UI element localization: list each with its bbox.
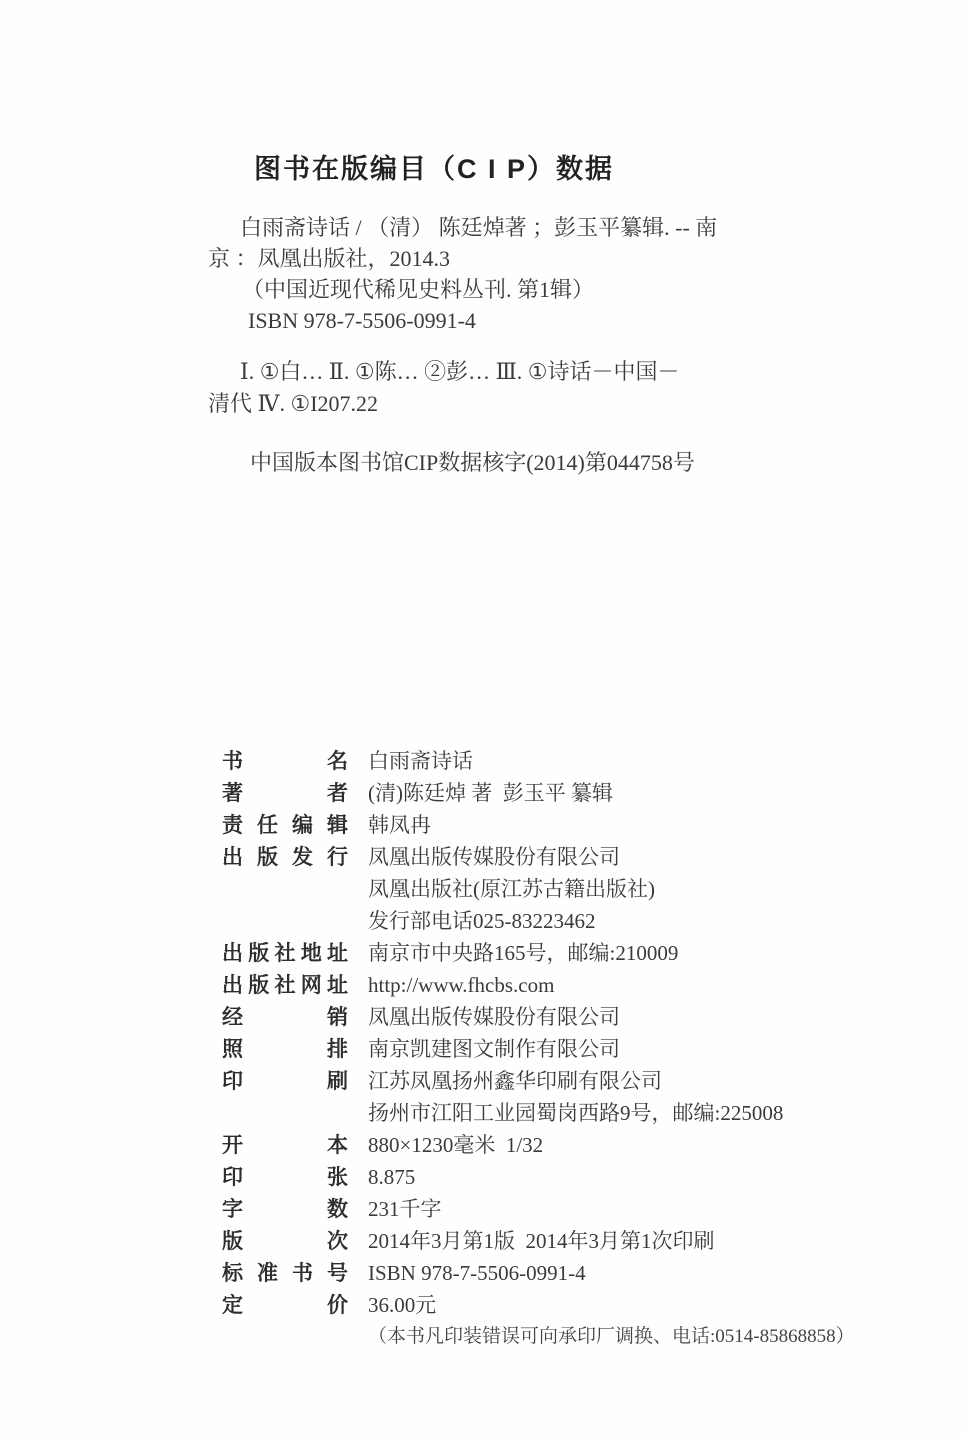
colophon-row-sales-phone: 发行部电话025-83223462 (222, 905, 855, 937)
colophon-label: 出版社网址 (222, 970, 348, 1002)
colophon-value: ISBN 978-7-5506-0991-4 (368, 1257, 586, 1289)
colophon-value: 扬州市江阳工业园蜀岗西路9号，邮编:225008 (368, 1097, 783, 1129)
colophon-value: 2014年3月第1版 2014年3月第1次印刷 (368, 1225, 715, 1257)
colophon-row-address: 出版社地址 南京市中央路165号，邮编:210009 (222, 937, 855, 969)
colophon-value: 白雨斋诗话 (368, 745, 473, 777)
colophon-value: 231千字 (368, 1193, 442, 1225)
colophon-row-reprint-note: （本书凡印装错误可向承印厂调换、电话:0514-85868858） (222, 1321, 855, 1355)
colophon-label: 版次 (222, 1226, 348, 1258)
cip-line: 京 ：凤凰出版社，2014.3 (208, 243, 717, 274)
colophon-row-distributor: 经销 凤凰出版传媒股份有限公司 (222, 1001, 855, 1033)
colophon-table: 书名 白雨斋诗话 著者 (清)陈廷焯 著 彭玉平 纂辑 责任编辑 韩凤冉 出版发… (222, 745, 855, 1355)
colophon-label: 印刷 (222, 1066, 348, 1098)
colophon-value: 南京凯建图文制作有限公司 (368, 1033, 620, 1065)
colophon-row-book-title: 书名 白雨斋诗话 (222, 745, 855, 777)
colophon-value: 韩凤冉 (368, 809, 431, 841)
colophon-label: 书名 (222, 746, 348, 778)
cip-line: （中国近现代稀见史料丛刊. 第1辑） (242, 274, 717, 305)
colophon-label: 定价 (222, 1290, 348, 1322)
cip-description-block: 白雨斋诗话 / （清） 陈廷焯著 ；彭玉平纂辑. -- 南 京 ：凤凰出版社，2… (208, 212, 717, 336)
cip-heading: 图书在版编目（C I P）数据 (254, 147, 614, 186)
cip-classification-line: 清代 Ⅳ. ①I207.22 (208, 388, 680, 420)
cip-record-number: 中国版本图书馆CIP数据核字(2014)第044758号 (250, 446, 695, 477)
cip-isbn-line: ISBN 978-7-5506-0991-4 (248, 305, 717, 336)
colophon-row-publisher: 出版发行 凤凰出版传媒股份有限公司 (222, 841, 855, 873)
colophon-label: 开本 (222, 1130, 348, 1162)
colophon-label: 责任编辑 (222, 810, 348, 842)
colophon-label: 出版社地址 (222, 938, 348, 970)
colophon-row-price: 定价 36.00元 (222, 1289, 855, 1321)
colophon-value: 江苏凤凰扬州鑫华印刷有限公司 (368, 1065, 662, 1097)
colophon-row-sheets: 印张 8.875 (222, 1161, 855, 1193)
colophon-label: 著者 (222, 778, 348, 810)
cip-classification-line: Ⅰ. ①白… Ⅱ. ①陈… ②彭… Ⅲ. ①诗话－中国－ (240, 356, 680, 388)
colophon-row-editor: 责任编辑 韩凤冉 (222, 809, 855, 841)
copyright-page-scan: 图书在版编目（C I P）数据 白雨斋诗话 / （清） 陈廷焯著 ；彭玉平纂辑.… (0, 0, 966, 1438)
colophon-value: http://www.fhcbs.com (368, 969, 554, 1001)
colophon-row-format: 开本 880×1230毫米 1/32 (222, 1129, 855, 1161)
colophon-value: 凤凰出版传媒股份有限公司 (368, 841, 620, 873)
colophon-label: 印张 (222, 1162, 348, 1194)
colophon-row-author: 著者 (清)陈廷焯 著 彭玉平 纂辑 (222, 777, 855, 809)
colophon-label: 照排 (222, 1034, 348, 1066)
colophon-value: (清)陈廷焯 著 彭玉平 纂辑 (368, 777, 613, 809)
colophon-row-word-count: 字数 231千字 (222, 1193, 855, 1225)
colophon-value: 8.875 (368, 1161, 415, 1193)
colophon-row-isbn: 标准书号 ISBN 978-7-5506-0991-4 (222, 1257, 855, 1289)
colophon-row-edition: 版次 2014年3月第1版 2014年3月第1次印刷 (222, 1225, 855, 1257)
colophon-value: 凤凰出版传媒股份有限公司 (368, 1001, 620, 1033)
colophon-value: 南京市中央路165号，邮编:210009 (368, 937, 678, 969)
colophon-value: 36.00元 (368, 1289, 436, 1321)
colophon-value: 880×1230毫米 1/32 (368, 1129, 543, 1161)
reprint-note: （本书凡印装错误可向承印厂调换、电话:0514-85868858） (368, 1321, 855, 1353)
cip-classification-block: Ⅰ. ①白… Ⅱ. ①陈… ②彭… Ⅲ. ①诗话－中国－ 清代 Ⅳ. ①I207… (208, 356, 680, 419)
colophon-row-typesetting: 照排 南京凯建图文制作有限公司 (222, 1033, 855, 1065)
colophon-label: 标准书号 (222, 1258, 348, 1290)
colophon-value: 凤凰出版社(原江苏古籍出版社) (368, 873, 655, 905)
colophon-label: 字数 (222, 1194, 348, 1226)
colophon-label: 经销 (222, 1002, 348, 1034)
colophon-row-printer: 印刷 江苏凤凰扬州鑫华印刷有限公司 (222, 1065, 855, 1097)
colophon-row-website: 出版社网址 http://www.fhcbs.com (222, 969, 855, 1001)
colophon-row-publisher-cont: 凤凰出版社(原江苏古籍出版社) (222, 873, 855, 905)
colophon-row-printer-address: 扬州市江阳工业园蜀岗西路9号，邮编:225008 (222, 1097, 855, 1129)
colophon-value: 发行部电话025-83223462 (368, 905, 596, 937)
colophon-label: 出版发行 (222, 842, 348, 874)
cip-line: 白雨斋诗话 / （清） 陈廷焯著 ；彭玉平纂辑. -- 南 (240, 212, 717, 243)
